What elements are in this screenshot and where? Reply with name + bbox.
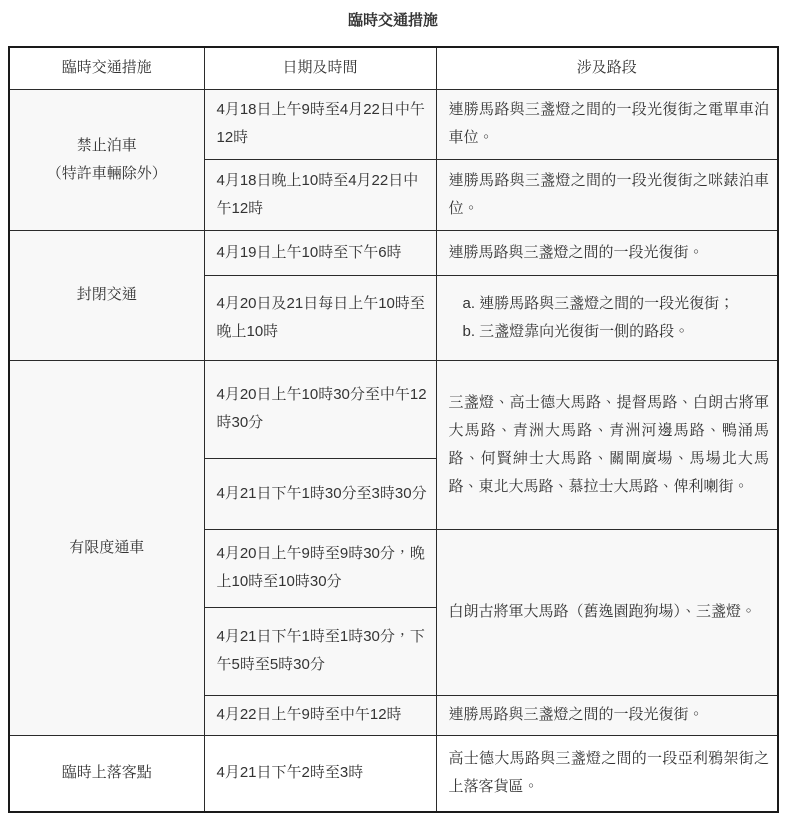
table-row: 臨時上落客點 4月21日下午2時至3時 高士德大馬路與三盞燈之間的一段亞利鴉架街…: [9, 735, 778, 812]
measure-cell-no-parking: 禁止泊車 （特許車輛除外）: [9, 89, 204, 230]
table-row: 有限度通車 4月20日上午10時30分至中午12時30分 三盞燈、高士德大馬路、…: [9, 360, 778, 458]
road-cell: 連勝馬路與三盞燈之間的一段光復街。: [436, 230, 778, 275]
date-cell: 4月20日上午10時30分至中午12時30分: [204, 360, 436, 458]
header-date-time: 日期及時間: [204, 47, 436, 89]
table-row: 禁止泊車 （特許車輛除外） 4月18日上午9時至4月22日中午12時 連勝馬路與…: [9, 89, 778, 159]
table-row: 封閉交通 4月19日上午10時至下午6時 連勝馬路與三盞燈之間的一段光復街。: [9, 230, 778, 275]
date-cell: 4月21日下午1時30分至3時30分: [204, 458, 436, 529]
measure-cell-pickup-point: 臨時上落客點: [9, 735, 204, 812]
measure-cell-limited-traffic: 有限度通車: [9, 360, 204, 735]
table-header-row: 臨時交通措施 日期及時間 涉及路段: [9, 47, 778, 89]
road-list-item-a: a. 連勝馬路與三盞燈之間的一段光復街；: [463, 290, 770, 318]
measure-cell-closure: 封閉交通: [9, 230, 204, 360]
date-cell: 4月20日及21日每日上午10時至晚上10時: [204, 275, 436, 360]
road-cell-merged: 白朗古將軍大馬路（舊逸園跑狗場）、三盞燈。: [436, 529, 778, 695]
road-cell: 連勝馬路與三盞燈之間的一段光復街之咪錶泊車位。: [436, 159, 778, 230]
header-road-sections: 涉及路段: [436, 47, 778, 89]
date-cell: 4月18日上午9時至4月22日中午12時: [204, 89, 436, 159]
date-cell: 4月18日晚上10時至4月22日中午12時: [204, 159, 436, 230]
date-cell: 4月19日上午10時至下午6時: [204, 230, 436, 275]
road-cell: 高士德大馬路與三盞燈之間的一段亞利鴉架街之上落客貨區。: [436, 735, 778, 812]
measure-label-line2: （特許車輛除外）: [16, 160, 198, 188]
date-cell: 4月21日下午1時至1時30分，下午5時至5時30分: [204, 607, 436, 695]
road-list-item-b: b. 三盞燈靠向光復街一側的路段。: [463, 318, 770, 346]
road-cell: 連勝馬路與三盞燈之間的一段光復街之電單車泊車位。: [436, 89, 778, 159]
date-cell: 4月20日上午9時至9時30分，晚上10時至10時30分: [204, 529, 436, 607]
measure-label-line1: 禁止泊車: [16, 132, 198, 160]
page-title: 臨時交通措施: [0, 0, 786, 46]
traffic-measures-table: 臨時交通措施 日期及時間 涉及路段 禁止泊車 （特許車輛除外） 4月18日上午9…: [8, 46, 779, 813]
header-measure: 臨時交通措施: [9, 47, 204, 89]
road-cell-merged: 三盞燈、高士德大馬路、提督馬路、白朗古將軍大馬路、青洲大馬路、青洲河邊馬路、鴨涌…: [436, 360, 778, 529]
date-cell: 4月21日下午2時至3時: [204, 735, 436, 812]
page: 臨時交通措施 臨時交通措施 日期及時間 涉及路段 禁止泊車 （特許車輛除外） 4…: [0, 0, 786, 830]
road-cell: 連勝馬路與三盞燈之間的一段光復街。: [436, 695, 778, 735]
date-cell: 4月22日上午9時至中午12時: [204, 695, 436, 735]
road-cell-list: a. 連勝馬路與三盞燈之間的一段光復街； b. 三盞燈靠向光復街一側的路段。: [436, 275, 778, 360]
